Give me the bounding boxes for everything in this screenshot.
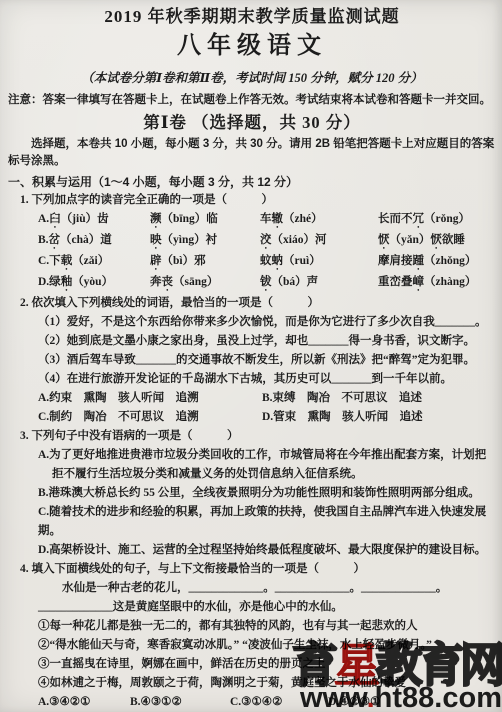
answer-option: B.束缚 陶冶 不可思议 追述 xyxy=(262,389,496,408)
question-4-stem: 4. 填入下面横线处的句子，与上下文衔接最恰当的一项是（ ） xyxy=(20,560,496,579)
option-cell: 重峦叠嶂（zhàng） xyxy=(378,273,496,294)
option-cell: 映（yìng）衬 xyxy=(150,231,260,252)
question-4-intro-line-1: 水仙是一种古老的花儿，_____________。_____________。_… xyxy=(62,579,496,598)
question-1-stem: 1. 下列加点字的读音完全正确的一项是（ ） xyxy=(20,191,496,210)
part-1-heading: 一、积累与运用（1～4 小题，每小题 3 分，共 12 分） xyxy=(8,174,496,191)
option-cell: 车辙（zhé） xyxy=(260,210,378,231)
exam-paper-page: 2019 年秋季期期末教学质量监测试题 八年级语文 （本试卷分第Ⅰ卷和第Ⅱ卷，考… xyxy=(0,0,502,712)
question-3-option-a: A.为了更好地推进贵港市垃圾分类回收的工作，市城管局将在今年推出配套方案，计划把… xyxy=(38,446,496,484)
question-2: 2. 依次填入下列横线处的词语，最恰当的一项是（ ） （1）爱好，不是这个东西给… xyxy=(8,294,496,427)
answer-option: A.约束 熏陶 骇人听闻 追溯 xyxy=(38,389,262,408)
question-1-option-row-d: D.绿釉（yòu） 奔丧（sāng） 钹（bá）声 重峦叠嶂（zhàng） xyxy=(38,273,496,294)
option-cell: B.岔（chà）道 xyxy=(38,231,150,252)
option-cell: 奔丧（sāng） xyxy=(150,273,260,294)
section-1-heading: 第Ⅰ卷 （选择题，共 30 分） xyxy=(8,112,496,134)
paper-meta-line: （本试卷分第Ⅰ卷和第Ⅱ卷，考试时间 150 分钟，赋分 120 分） xyxy=(8,69,496,87)
option-cell: 濒（bīng）临 xyxy=(150,210,260,231)
option-cell: 钹（bá）声 xyxy=(260,273,378,294)
question-2-answer-row-1: A.约束 熏陶 骇人听闻 追溯 B.束缚 陶冶 不可思议 追述 xyxy=(38,389,496,408)
question-2-subline-4: （4）在进行旅游开发论证的千岛湖水下古城，其历史可以_______到一千年以前。 xyxy=(38,370,496,389)
option-cell: C.下载（zǎi） xyxy=(38,252,150,273)
watermark-logo: 育星教育网 xyxy=(292,643,502,687)
option-cell: 恹（yǎn）恹欲睡 xyxy=(378,231,496,252)
answer-option: A.③④②① xyxy=(38,693,130,712)
question-2-stem: 2. 依次填入下列横线处的词语，最恰当的一项是（ ） xyxy=(20,294,496,313)
option-cell: 长而不冗（rǒng） xyxy=(378,210,496,231)
question-3: 3. 下列句子中没有语病的一项是（ ） A.为了更好地推进贵港市垃圾分类回收的工… xyxy=(8,427,496,560)
question-3-option-d: D.高架桥设计、施工、运营的全过程坚持始终最低程度破坏、最大限度保护的建设目标。 xyxy=(38,541,496,560)
question-1-option-row-c: C.下载（zǎi） 辟（bì）邪 蚊蚋（ruì） 摩肩接踵（zhǒng） xyxy=(38,252,496,273)
watermark-url-dot: . xyxy=(367,682,375,712)
option-cell: D.绿釉（yòu） xyxy=(38,273,150,294)
question-3-option-b: B.港珠澳大桥总长约 55 公里，全线夜景照明分为功能性照明和装饰性照明两部分组… xyxy=(38,484,496,503)
watermark-url-www: www xyxy=(300,682,367,712)
watermark: 育星教育网 www.ht88.com xyxy=(292,643,502,712)
answer-option: D.管束 熏陶 骇人听闻 追述 xyxy=(262,408,496,427)
paper-title: 2019 年秋季期期末教学质量监测试题 xyxy=(8,6,496,28)
question-2-subline-3: （3）酒后驾车导致_______的交通事故不断发生，所以新《刑法》把“醉驾”定为… xyxy=(38,351,496,370)
option-cell: 摩肩接踵（zhǒng） xyxy=(378,252,496,273)
watermark-url: www.ht88.com xyxy=(292,685,502,712)
exam-notice: 注意：答案一律填写在答题卡上，在试题卷上作答无效。考试结束将本试卷和答题卡一并交… xyxy=(8,93,496,108)
question-3-stem: 3. 下列句子中没有语病的一项是（ ） xyxy=(20,427,496,446)
question-1-option-row-a: A.臼（jiù）齿 濒（bīng）临 车辙（zhé） 长而不冗（rǒng） xyxy=(38,210,496,231)
paper-subject-title: 八年级语文 xyxy=(8,31,496,61)
question-2-answer-row-2: C.制约 陶冶 不可思议 追溯 D.管束 熏陶 骇人听闻 追述 xyxy=(38,408,496,427)
option-cell: A.臼（jiù）齿 xyxy=(38,210,150,231)
option-cell: 洨（xiáo）河 xyxy=(260,231,378,252)
watermark-url-domain: ht88.com xyxy=(375,682,502,712)
question-4-item-1: ①每一种花儿都是独一无二的，都有其独特的风韵，也有与其一起悲欢的人 xyxy=(38,617,496,636)
question-1-option-row-b: B.岔（chà）道 映（yìng）衬 洨（xiáo）河 恹（yǎn）恹欲睡 xyxy=(38,231,496,252)
answer-option: B.④③①② xyxy=(130,693,230,712)
option-cell: 辟（bì）邪 xyxy=(150,252,260,273)
question-1: 1. 下列加点字的读音完全正确的一项是（ ） A.臼（jiù）齿 濒（bīng）… xyxy=(8,191,496,294)
option-cell: 蚊蚋（ruì） xyxy=(260,252,378,273)
paper-content: 2019 年秋季期期末教学质量监测试题 八年级语文 （本试卷分第Ⅰ卷和第Ⅱ卷，考… xyxy=(8,6,496,712)
question-3-option-c: C.随着技术的进步和经验的积累，再加上政策的扶持，使我国自主品牌汽车进入快速发展… xyxy=(38,503,496,541)
question-4-intro-line-2: _____________这是黄庭坚眼中的水仙，亦是他心中的水仙。 xyxy=(38,598,496,617)
question-2-subline-1: （1）爱好，不是这个东西给你带来多少次愉悦，而是你为它进行了多少次自我_____… xyxy=(38,313,496,332)
question-2-subline-2: （2）她到底是文墨小康之家出身，虽没上过学，却也_______得一身书香，识文断… xyxy=(38,332,496,351)
section-1-instructions: 选择题，本卷共 10 小题，每小题 3 分，共 30 分。请用 2B 铅笔把答题… xyxy=(8,136,496,170)
answer-option: C.制约 陶冶 不可思议 追溯 xyxy=(38,408,262,427)
